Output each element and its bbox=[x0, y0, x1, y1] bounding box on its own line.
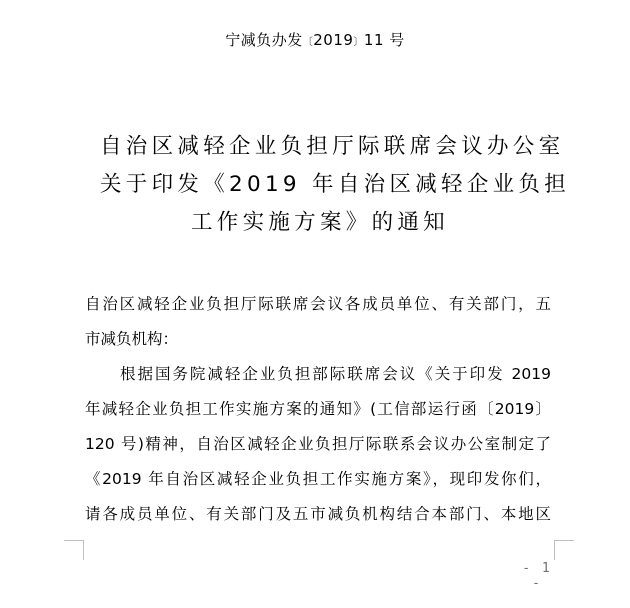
doc-number-bracket-open: 〔 bbox=[303, 37, 314, 48]
title-line: 关于印发《2019 年自治区减轻企业负担 bbox=[100, 166, 540, 204]
body-line: 根据国务院减轻企业负担部际联席会议《关于印发 2019 bbox=[85, 357, 551, 392]
addressee-line: 市减负机构： bbox=[85, 322, 551, 357]
title-line: 工作实施方案》的通知 bbox=[100, 204, 540, 242]
doc-number-bracket-close: 〕 bbox=[353, 37, 364, 48]
document-title: 自治区减轻企业负担厅际联席会议办公室 关于印发《2019 年自治区减轻企业负担 … bbox=[100, 128, 540, 242]
page-number: - 1 - bbox=[514, 561, 560, 591]
addressee-line: 自治区减轻企业负担厅际联席会议各成员单位、有关部门，五 bbox=[85, 287, 551, 322]
document-number: 宁减负办发〔2019〕11 号 bbox=[0, 30, 630, 53]
margin-corner-mark-left bbox=[64, 540, 84, 560]
body-line: 请各成员单位、有关部门及五市减负机构结合本部门、本地区 bbox=[85, 497, 551, 532]
doc-number-year: 2019 bbox=[313, 31, 353, 49]
body-line: 《2019 年自治区减轻企业负担工作实施方案》，现印发你们， bbox=[85, 462, 551, 497]
document-body: 自治区减轻企业负担厅际联席会议各成员单位、有关部门，五 市减负机构： 根据国务院… bbox=[85, 287, 551, 532]
margin-corner-mark-right bbox=[554, 540, 574, 560]
title-line: 自治区减轻企业负担厅际联席会议办公室 bbox=[100, 128, 540, 166]
body-line: 120 号)精神，自治区减轻企业负担厅际联系会议办公室制定了 bbox=[85, 427, 551, 462]
doc-number-suffix: 11 号 bbox=[364, 31, 405, 49]
doc-number-prefix: 宁减负办发 bbox=[225, 31, 303, 49]
body-line: 年减轻企业负担工作实施方案的通知》(工信部运行函〔2019〕 bbox=[85, 392, 551, 427]
